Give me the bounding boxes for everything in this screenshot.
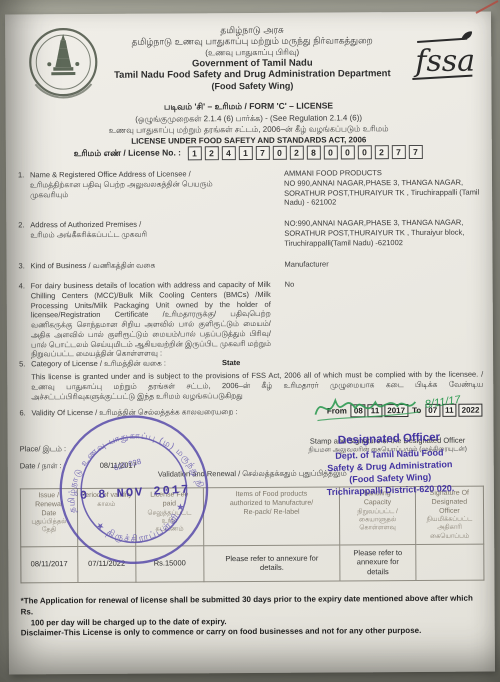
cell-items-annexure: Please refer to annexure for details. xyxy=(204,545,341,582)
svg-text:★ திருச்சிராப்பள்ளி ★: ★ திருச்சிராப்பள்ளி ★ xyxy=(92,498,193,554)
item-value: NO:990,ANNAI NAGAR,PHASE 3, THANGA NAGAR… xyxy=(270,218,484,249)
license-digit: 0 xyxy=(323,145,337,159)
item-category-of-license: 5. Category of License / உரிமத்தின் வகை … xyxy=(19,357,485,370)
license-digit: 2 xyxy=(204,146,218,160)
item-number: 6. xyxy=(19,408,31,417)
item-label: For dairy business details of location w… xyxy=(31,280,271,359)
license-digit: 0 xyxy=(272,146,286,160)
license-number-label: உரிமம் எண் / License No. : xyxy=(74,147,181,160)
fssai-leaf-icon xyxy=(461,31,472,39)
wing-title-english: (Food Safety Wing) xyxy=(99,80,405,93)
stamp-inner-text: 620 028 xyxy=(113,457,143,473)
license-digit: 1 xyxy=(238,146,252,160)
license-number-row: உரிமம் எண் / License No. : 1 2 4 1 7 0 2… xyxy=(6,145,492,162)
license-digit: 0 xyxy=(340,145,354,159)
license-digit: 7 xyxy=(391,145,405,159)
license-digit: 7 xyxy=(408,145,422,159)
item-label: Category of License / உரிமத்தின் வகை : xyxy=(31,359,166,370)
item-licensee-name: 1. Name & Registered Office Address of L… xyxy=(18,168,484,210)
column-header-ta: நியமிக்கப்பட்ட அதிகாரி கையொப்பம் xyxy=(418,516,481,541)
tamilnadu-government-seal-icon xyxy=(21,22,106,107)
license-digit: 4 xyxy=(221,146,235,160)
item-value: AMMANI FOOD PRODUCTS NO 990,ANNAI NAGAR,… xyxy=(270,168,484,208)
item-premises-address: 2. Address of Authorized Premises / உரிம… xyxy=(18,218,484,250)
officer-signature: 8/11/17 xyxy=(307,384,472,437)
license-document: தமிழ்நாடு அரசு தமிழ்நாடு உணவு பாதுகாப்பு… xyxy=(5,12,495,675)
item-dairy-details: 4. For dairy business details of locatio… xyxy=(19,279,485,360)
footer-notes: *The Application for renewal of license … xyxy=(21,594,487,640)
item-number: 4. xyxy=(19,281,31,291)
license-digit: 2 xyxy=(374,145,388,159)
item-number: 2. xyxy=(18,220,30,230)
signature-date: 8/11/17 xyxy=(424,394,462,411)
license-digit: 8 xyxy=(306,146,320,160)
license-digit: 2 xyxy=(289,146,303,160)
item-value: Manufacturer xyxy=(270,259,484,270)
disclaimer-line: Disclaimer-This License is only to comme… xyxy=(21,626,487,640)
form-title-block: படிவம் 'சி' – உரிமம் / FORM 'C' – LICENS… xyxy=(6,100,492,148)
license-digit: 0 xyxy=(357,145,371,159)
stamp-ring-bottom-text: ★ திருச்சிராப்பள்ளி ★ xyxy=(92,498,193,554)
license-digit: 7 xyxy=(255,146,269,160)
item-number: 5. xyxy=(19,359,31,369)
item-kind-of-business: 3. Kind of Business / வணிகத்தின் வகை Man… xyxy=(18,259,484,272)
item-label: Kind of Business / வணிகத்தின் வகை xyxy=(30,260,270,271)
item-number: 1. xyxy=(18,170,30,180)
license-digit: 1 xyxy=(187,146,201,160)
dept-title-tamil: தமிழ்நாடு உணவு பாதுகாப்பு மற்றும் மருந்த… xyxy=(99,35,405,48)
fssai-logo: fssai xyxy=(409,30,475,86)
column-header-ta: நிறுவப்பட்ட / கையாளுதல் கொள்ளளவு xyxy=(342,508,413,533)
renewal-note-line1: *The Application for renewal of license … xyxy=(21,594,487,618)
item-number: 3. xyxy=(18,262,30,272)
item-value: No xyxy=(271,279,485,290)
cell-capacity-annexure: Please refer to annexure for details xyxy=(340,544,416,581)
document-header: தமிழ்நாடு அரசு தமிழ்நாடு உணவு பாதுகாப்பு… xyxy=(99,24,405,93)
red-pen-mark xyxy=(474,0,500,14)
item-label: Address of Authorized Premises / உரிமம் … xyxy=(30,219,270,240)
cell-signature-empty xyxy=(416,544,484,581)
fssai-logo-text: fssai xyxy=(413,44,475,79)
category-value: State xyxy=(166,358,240,368)
dept-title-english: Tamil Nadu Food Safety and Drug Administ… xyxy=(99,68,405,82)
designated-officer-stamp: Designated Officer Dept. of Tamil Nadu F… xyxy=(287,429,493,500)
item-label: Name & Registered Office Address of Lice… xyxy=(30,169,270,200)
license-items: 1. Name & Registered Office Address of L… xyxy=(18,168,485,360)
